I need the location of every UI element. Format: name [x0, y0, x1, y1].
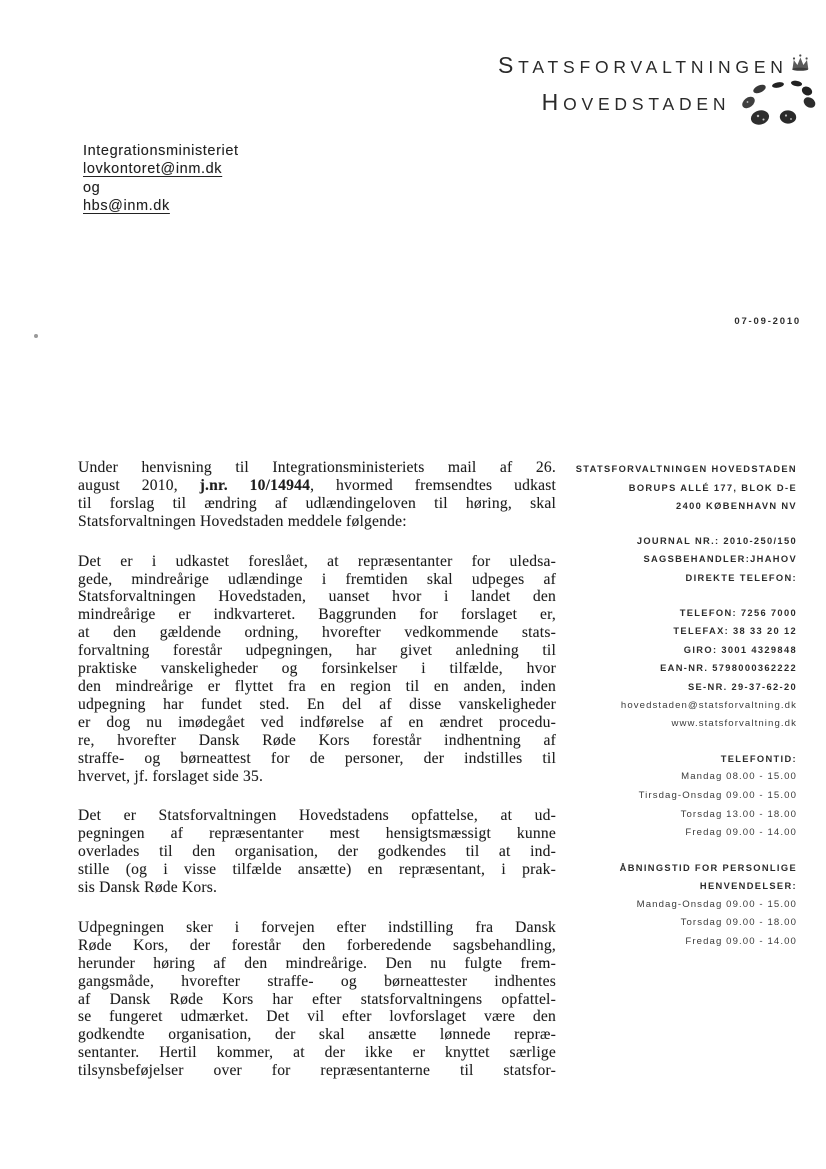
body-line: forvaltning forestår udpegningen, har gi… — [78, 642, 556, 660]
body-line: re, hvorefter Dansk Røde Kors forestår i… — [78, 732, 556, 750]
org-name-line-2: Hovedstaden — [498, 85, 774, 122]
recipient-line: og — [83, 179, 239, 197]
scanned-letter-page: Statsforvaltningen Hovedstaden Integrati… — [0, 0, 826, 1169]
sidebar-line: DIREKTE TELEFON: — [497, 569, 797, 588]
sidebar-line: www.statsforvaltning.dk — [497, 715, 797, 734]
body-text-segment: pegningen af repræsentanter mest hensigt… — [78, 825, 556, 842]
body-text-segment: Det er i udkastet foreslået, at repræsen… — [78, 553, 556, 570]
sidebar-group-case-info: JOURNAL NR.: 2010-250/150SAGSBEHANDLER:J… — [497, 532, 797, 588]
body-text-segment: den mindreårige er flyttet fra en region… — [78, 678, 556, 695]
sidebar-line: Mandag-Onsdag 09.00 - 15.00 — [497, 896, 797, 915]
paragraph: Det er Statsforvaltningen Hovedstadens o… — [78, 807, 556, 897]
sidebar-line: hovedstaden@statsforvaltning.dk — [497, 697, 797, 716]
body-text-segment: august 2010, — [78, 477, 200, 494]
body-line: gangsmåde, hvorefter straffe- og børneat… — [78, 973, 556, 991]
sidebar-line: JOURNAL NR.: 2010-250/150 — [497, 532, 797, 551]
sidebar-line: EAN-NR. 5798000362222 — [497, 659, 797, 678]
body-text-segment: gangsmåde, hvorefter straffe- og børneat… — [78, 973, 556, 990]
body-line: udpegning har fundet sted. En del af dis… — [78, 696, 556, 714]
stones-ring — [740, 80, 817, 127]
paragraph: Udpegningen sker i forvejen efter indsti… — [78, 919, 556, 1080]
body-line: august 2010, j.nr. 10/14944, hvormed fre… — [78, 477, 556, 495]
body-text-segment: forvaltning forestår udpegningen, har gi… — [78, 642, 556, 659]
scan-artifact-speck — [34, 334, 38, 338]
body-text-segment: praktiske vanskeligheder og forsinkelser… — [78, 660, 556, 677]
body-line: tilsynsbeføjelser over for repræsentante… — [78, 1062, 556, 1080]
paragraph: Under henvisning til Integrationsministe… — [78, 459, 556, 531]
sidebar-line: 2400 KØBENHAVN NV — [497, 497, 797, 516]
body-line: sis Dansk Røde Kors. — [78, 879, 556, 897]
body-text-segment: Røde Kors, der forestår den forberedende… — [78, 937, 556, 954]
recipient-email: hbs@inm.dk — [83, 197, 239, 215]
body-line: til forslag til ændring af udlændingelov… — [78, 495, 556, 513]
sidebar-line: Mandag 08.00 - 15.00 — [497, 768, 797, 787]
body-text-segment: stille (og i visse tilfælde ansætte) en … — [78, 861, 556, 878]
contact-sidebar: STATSFORVALTNINGEN HOVEDSTADENBORUPS ALL… — [497, 460, 797, 968]
body-line: er dog nu imødegået ved indførelse af en… — [78, 714, 556, 732]
body-line: overlades til den organisation, der godk… — [78, 843, 556, 861]
body-text-segment: godkendte organisation, der skal ansætte… — [78, 1026, 556, 1043]
sidebar-group-opening-hours: ÅBNINGSTID FOR PERSONLIGEHENVENDELSER:Ma… — [497, 859, 797, 952]
body-text-segment: gede, mindreårige udlændinge i fremtiden… — [78, 571, 556, 588]
body-text-segment: Statsforvaltningen Hovedstaden, uanset h… — [78, 588, 556, 605]
body-line: praktiske vanskeligheder og forsinkelser… — [78, 660, 556, 678]
body-text-segment: til forslag til ændring af udlændingelov… — [78, 495, 556, 512]
body-line: sentanter. Hertil kommer, at der ikke er… — [78, 1044, 556, 1062]
sidebar-group-office-address: STATSFORVALTNINGEN HOVEDSTADENBORUPS ALL… — [497, 460, 797, 516]
body-line: Udpegningen sker i forvejen efter indsti… — [78, 919, 556, 937]
body-line: Røde Kors, der forestår den forberedende… — [78, 937, 556, 955]
body-text-segment: overlades til den organisation, der godk… — [78, 843, 556, 860]
crown-icon — [792, 54, 808, 70]
letter-body: Under henvisning til Integrationsministe… — [78, 459, 556, 1102]
sidebar-group-phone-hours: TELEFONTID:Mandag 08.00 - 15.00Tirsdag-O… — [497, 750, 797, 843]
body-line: af Dansk Røde Kors har efter statsforval… — [78, 991, 556, 1009]
journal-number-bold: j.nr. 10/14944 — [200, 477, 310, 494]
body-line: pegningen af repræsentanter mest hensigt… — [78, 825, 556, 843]
sidebar-line: ÅBNINGSTID FOR PERSONLIGE — [497, 859, 797, 878]
body-line: den mindreårige er flyttet fra en region… — [78, 678, 556, 696]
letterhead-org-name: Statsforvaltningen Hovedstaden — [498, 48, 774, 122]
body-line: Det er Statsforvaltningen Hovedstadens o… — [78, 807, 556, 825]
body-text-segment: Statsforvaltningen Hovedstaden meddele f… — [78, 513, 407, 530]
body-text-segment: mindreårige er indkvarteret. Baggrunden … — [78, 606, 556, 623]
body-text-segment: er dog nu imødegået ved indførelse af en… — [78, 714, 556, 731]
body-text-segment: straffe- og børneattest for de personer,… — [78, 750, 556, 767]
body-line: gede, mindreårige udlændinge i fremtiden… — [78, 571, 556, 589]
body-line: at den gældende ordning, hvorefter vedko… — [78, 624, 556, 642]
sidebar-line: Torsdag 13.00 - 18.00 — [497, 806, 797, 825]
sidebar-line: Fredag 09.00 - 14.00 — [497, 824, 797, 843]
body-text-segment: sentanter. Hertil kommer, at der ikke er… — [78, 1044, 556, 1061]
sidebar-line: TELEFAX: 38 33 20 12 — [497, 622, 797, 641]
recipient-line: Integrationsministeriet — [83, 142, 239, 160]
sidebar-group-contact-numbers: TELEFON: 7256 7000TELEFAX: 38 33 20 12GI… — [497, 604, 797, 734]
body-text-segment: Udpegningen sker i forvejen efter indsti… — [78, 919, 556, 936]
body-text-segment: sis Dansk Røde Kors. — [78, 879, 217, 896]
body-line: stille (og i visse tilfælde ansætte) en … — [78, 861, 556, 879]
sidebar-line: Fredag 09.00 - 14.00 — [497, 933, 797, 952]
sidebar-line: GIRO: 3001 4329848 — [497, 641, 797, 660]
crown-and-stones-logo-icon — [738, 46, 826, 130]
body-line: hvervet, jf. forslaget side 35. — [78, 768, 556, 786]
body-text-segment: Under henvisning til Integrationsministe… — [78, 459, 556, 476]
body-text-segment: re, hvorefter Dansk Røde Kors forestår i… — [78, 732, 556, 749]
sidebar-line: SE-NR. 29-37-62-20 — [497, 678, 797, 697]
body-line: Statsforvaltningen Hovedstaden meddele f… — [78, 513, 556, 531]
body-text-segment: tilsynsbeføjelser over for repræsentante… — [78, 1062, 556, 1079]
body-text-segment: af Dansk Røde Kors har efter statsforval… — [78, 991, 556, 1008]
body-text-segment: Det er Statsforvaltningen Hovedstadens o… — [78, 807, 556, 824]
sidebar-line: Tirsdag-Onsdag 09.00 - 15.00 — [497, 787, 797, 806]
body-text-segment: hvervet, jf. forslaget side 35. — [78, 768, 263, 785]
sidebar-line: STATSFORVALTNINGEN HOVEDSTADEN — [497, 460, 797, 479]
paragraph: Det er i udkastet foreslået, at repræsen… — [78, 553, 556, 786]
sidebar-line: TELEFONTID: — [497, 750, 797, 769]
recipient-email: lovkontoret@inm.dk — [83, 160, 239, 178]
body-line: Statsforvaltningen Hovedstaden, uanset h… — [78, 588, 556, 606]
letter-date: 07-09-2010 — [734, 316, 801, 327]
body-text-segment: at den gældende ordning, hvorefter vedko… — [78, 624, 556, 641]
body-line: Under henvisning til Integrationsministe… — [78, 459, 556, 477]
org-name-line-1: Statsforvaltningen — [498, 48, 774, 85]
sidebar-line: SAGSBEHANDLER:JHAHOV — [497, 550, 797, 569]
body-text-segment: herunder høring af den mindreårige. Den … — [78, 955, 556, 972]
body-text-segment: se fungeret udmærket. Det vil efter lovf… — [78, 1008, 556, 1025]
sidebar-line: TELEFON: 7256 7000 — [497, 604, 797, 623]
body-line: straffe- og børneattest for de personer,… — [78, 750, 556, 768]
body-line: godkendte organisation, der skal ansætte… — [78, 1026, 556, 1044]
sidebar-line: Torsdag 09.00 - 18.00 — [497, 914, 797, 933]
recipient-block: Integrationsministerietlovkontoret@inm.d… — [83, 142, 239, 216]
body-line: mindreårige er indkvarteret. Baggrunden … — [78, 606, 556, 624]
sidebar-line: BORUPS ALLÉ 177, BLOK D-E — [497, 479, 797, 498]
body-line: se fungeret udmærket. Det vil efter lovf… — [78, 1008, 556, 1026]
sidebar-line: HENVENDELSER: — [497, 877, 797, 896]
body-line: Det er i udkastet foreslået, at repræsen… — [78, 553, 556, 571]
body-line: herunder høring af den mindreårige. Den … — [78, 955, 556, 973]
body-text-segment: udpegning har fundet sted. En del af dis… — [78, 696, 556, 713]
